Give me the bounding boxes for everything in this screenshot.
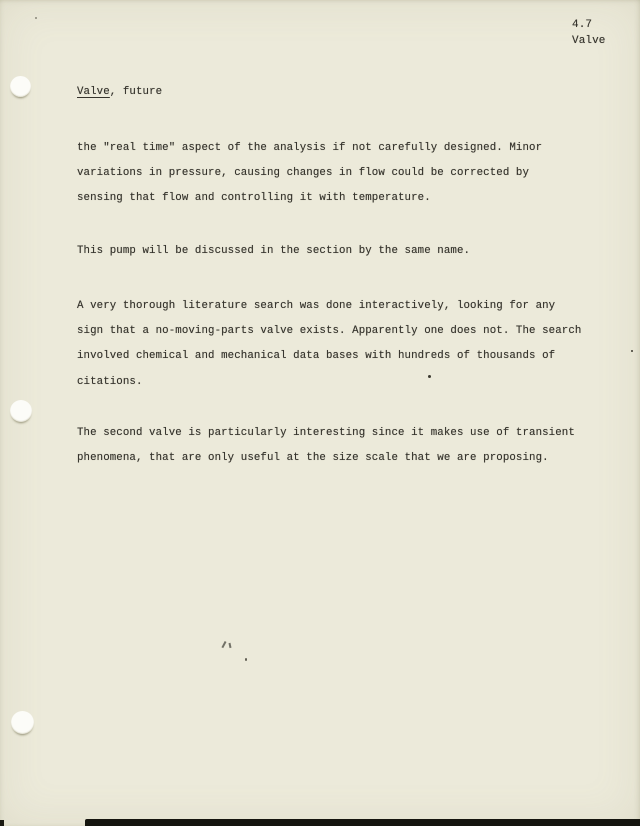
- pencil-mark: [221, 641, 226, 648]
- document-page: 4.7 Valve Valve, future the "real time" …: [0, 0, 640, 826]
- paragraph: The second valve is particularly interes…: [77, 421, 575, 471]
- scanner-edge-mark: [0, 820, 4, 826]
- page-corner-reference: 4.7 Valve: [572, 17, 606, 49]
- ink-speck: [245, 658, 247, 661]
- scanner-edge-strip: [85, 819, 640, 826]
- ink-speck: [35, 17, 37, 19]
- pencil-mark: [228, 643, 231, 648]
- section-heading: Valve, future: [77, 80, 162, 105]
- hole-punch-bottom: [11, 711, 34, 734]
- paragraph: This pump will be discussed in the secti…: [77, 239, 470, 264]
- ink-speck: [428, 375, 431, 378]
- section-label: Valve: [572, 33, 606, 49]
- hole-punch-middle: [10, 400, 32, 422]
- ink-speck: [631, 350, 633, 352]
- section-heading-underlined: Valve: [77, 86, 110, 98]
- paragraph: the "real time" aspect of the analysis i…: [77, 136, 542, 212]
- paragraph: A very thorough literature search was do…: [77, 294, 581, 395]
- section-heading-rest: , future: [110, 86, 162, 98]
- hole-punch-top: [10, 76, 31, 97]
- section-number: 4.7: [572, 17, 606, 33]
